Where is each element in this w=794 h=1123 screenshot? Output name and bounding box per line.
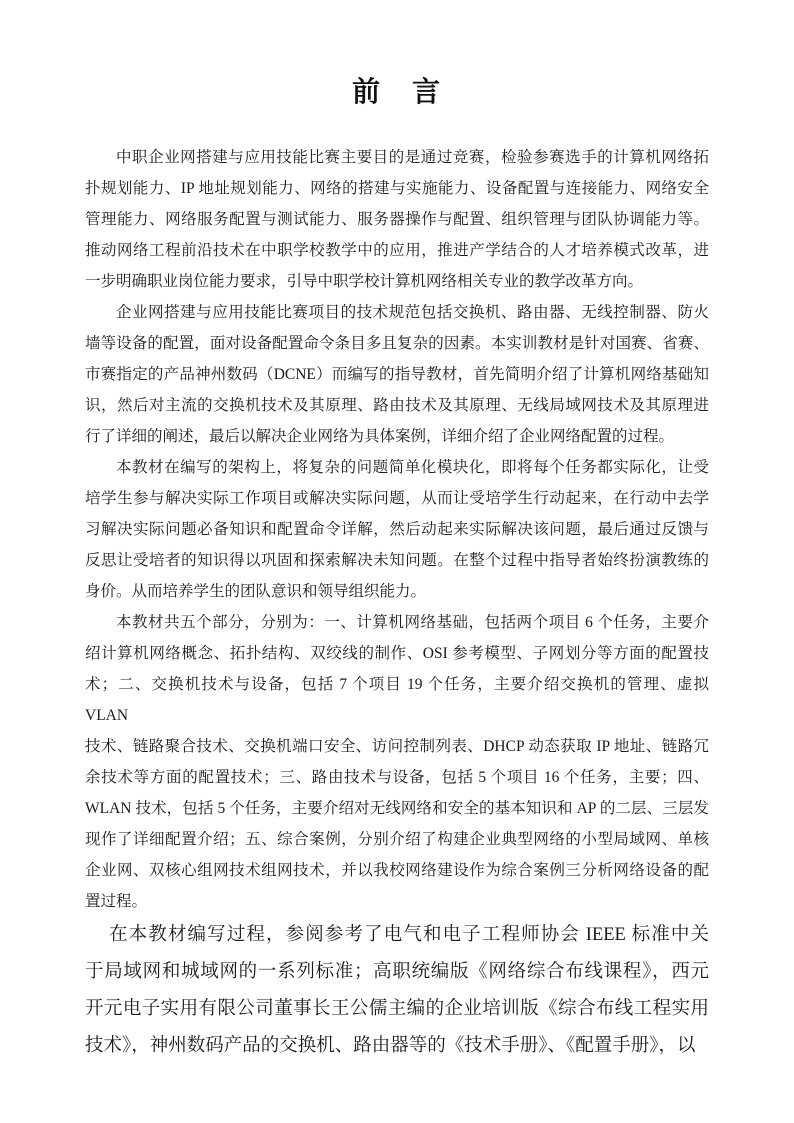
- paragraph-line: WLAN 技术，包括 5 个任务，主要介绍对无线网络和安全的基本知识和 AP 的…: [85, 793, 709, 824]
- paragraph: 本教材在编写的架构上，将复杂的问题简单化模块化，即将每个任务都实际化，让受培学生…: [85, 452, 709, 607]
- paragraph-line: 一步明确职业岗位能力要求，引导中职学校计算机网络相关专业的教学改革方向。: [85, 266, 709, 297]
- paragraph-line: 于局域网和城域网的一系列标准；高职统编版《网络综合布线课程》，西元: [85, 954, 709, 991]
- paragraph-line: 培学生参与解决实际工作项目或解决实际问题，从而让受培学生行动起来，在行动中去学: [85, 483, 709, 514]
- paragraph-line: 扑规划能力、IP 地址规划能力、网络的搭建与实施能力、设备配置与连接能力、网络安…: [85, 173, 709, 204]
- paragraphs: 中职企业网搭建与应用技能比赛主要目的是通过竞赛，检验参赛选手的计算机网络拓扑规划…: [85, 142, 709, 1065]
- paragraph-line: 术；二、交换机技术与设备，包括 7 个项目 19 个任务，主要介绍交换机的管理、…: [85, 669, 709, 731]
- paragraph-line: 企业网、双核心组网技术组网技术，并以我校网络建设作为综合案例三分析网络设备的配: [85, 855, 709, 886]
- paragraph-line: 技术、链路聚合技术、交换机端口安全、访问控制列表、DHCP 动态获取 IP 地址…: [85, 731, 709, 762]
- paragraph-line: 本教材共五个部分，分别为：一、计算机网络基础，包括两个项目 6 个任务，主要介: [85, 607, 709, 638]
- paragraph-line: 中职企业网搭建与应用技能比赛主要目的是通过竞赛，检验参赛选手的计算机网络拓: [85, 142, 709, 173]
- paragraph: 在本教材编写过程，参阅参考了电气和电子工程师协会 IEEE 标准中关于局域网和城…: [85, 917, 709, 1065]
- page-title: 前 言: [85, 72, 709, 114]
- paragraph-line: 现作了详细配置介绍；五、综合案例，分别介绍了构建企业典型网络的小型局域网、单核: [85, 824, 709, 855]
- paragraph-line: 开元电子实用有限公司董事长王公儒主编的企业培训版《综合布线工程实用: [85, 991, 709, 1028]
- paragraph-line: 推动网络工程前沿技术在中职学校教学中的应用，推进产学结合的人才培养模式改革，进: [85, 235, 709, 266]
- paragraph-line: 反思让受培者的知识得以巩固和探索解决未知问题。在整个过程中指导者始终扮演教练的: [85, 545, 709, 576]
- paragraph-line: 在本教材编写过程，参阅参考了电气和电子工程师协会 IEEE 标准中关: [85, 917, 709, 954]
- paragraph-line: 墙等设备的配置，面对设备配置命令条目多且复杂的因素。本实训教材是针对国赛、省赛、: [85, 328, 709, 359]
- paragraph: 企业网搭建与应用技能比赛项目的技术规范包括交换机、路由器、无线控制器、防火墙等设…: [85, 297, 709, 452]
- paragraph-line: 市赛指定的产品神州数码（DCNE）而编写的指导教材，首先简明介绍了计算机网络基础…: [85, 359, 709, 390]
- paragraph-line: 行了详细的阐述，最后以解决企业网络为具体案例，详细介绍了企业网络配置的过程。: [85, 421, 709, 452]
- document-page: 前 言 中职企业网搭建与应用技能比赛主要目的是通过竞赛，检验参赛选手的计算机网络…: [0, 0, 794, 1123]
- paragraph-line: 余技术等方面的配置技术；三、路由技术与设备，包括 5 个项目 16 个任务，主要…: [85, 762, 709, 793]
- paragraph-line: 绍计算机网络概念、拓扑结构、双绞线的制作、OSI 参考模型、子网划分等方面的配置…: [85, 638, 709, 669]
- paragraph-line: 技术》，神州数码产品的交换机、路由器等的《技术手册》、《配置手册》，以: [85, 1028, 709, 1065]
- paragraph-line: 习解决实际问题必备知识和配置命令详解，然后动起来实际解决该问题，最后通过反馈与: [85, 514, 709, 545]
- paragraph: 中职企业网搭建与应用技能比赛主要目的是通过竞赛，检验参赛选手的计算机网络拓扑规划…: [85, 142, 709, 297]
- paragraph-line: 身价。从而培养学生的团队意识和领导组织能力。: [85, 576, 709, 607]
- paragraph-line: 企业网搭建与应用技能比赛项目的技术规范包括交换机、路由器、无线控制器、防火: [85, 297, 709, 328]
- paragraph-line: 本教材在编写的架构上，将复杂的问题简单化模块化，即将每个任务都实际化，让受: [85, 452, 709, 483]
- paragraph-line: 置过程。: [85, 886, 709, 917]
- paragraph-line: 管理能力、网络服务配置与测试能力、服务器操作与配置、组织管理与团队协调能力等。: [85, 204, 709, 235]
- paragraph: 本教材共五个部分，分别为：一、计算机网络基础，包括两个项目 6 个任务，主要介绍…: [85, 607, 709, 917]
- paragraph-line: 识，然后对主流的交换机技术及其原理、路由技术及其原理、无线局域网技术及其原理进: [85, 390, 709, 421]
